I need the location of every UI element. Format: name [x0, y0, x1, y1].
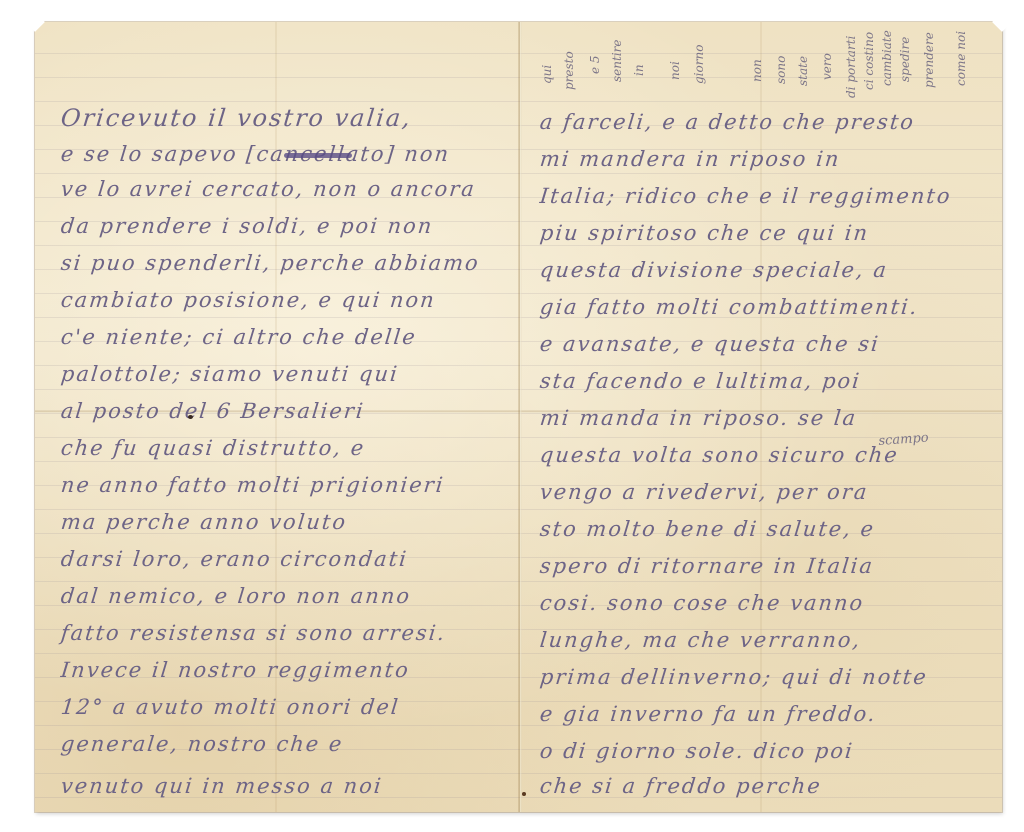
margin-note: sono [774, 56, 788, 84]
text-line: spero di ritornare in Italia [539, 554, 876, 578]
text-line: a farceli, e a detto che presto [539, 110, 917, 134]
text-line: ma perche anno voluto [60, 510, 349, 534]
text-line: cambiato posisione, e qui non [60, 288, 437, 312]
text-line: sto molto bene di salute, e [539, 517, 877, 541]
margin-note: sentire [610, 40, 624, 83]
text-line: e avansate, e questa che si [539, 332, 881, 356]
letter-sheet: Oricevuto il vostro valia, e se lo sapev… [35, 22, 1002, 812]
text-line: mi mandera in riposo in [539, 147, 842, 171]
text-line: ne anno fatto molti prigionieri [60, 473, 446, 497]
margin-note: vero [820, 53, 834, 80]
strikethrough-mark [284, 153, 352, 158]
text-line: venuto qui in messo a noi [60, 774, 384, 798]
text-line: dal nemico, e loro non anno [60, 584, 413, 608]
margin-note: prendere [922, 32, 936, 88]
margin-note: spedire [898, 37, 912, 82]
margin-note: presto [562, 51, 576, 90]
text-line: che si a freddo perche [539, 774, 823, 798]
right-page: qui presto e 5 sentire in noi giorno non… [522, 22, 1002, 812]
text-line: palottole; siamo venuti qui [60, 362, 400, 386]
text-line: e gia inverno fa un freddo. [539, 702, 878, 726]
text-line: piu spiritoso che ce qui in [539, 221, 871, 245]
text-line: si puo spenderli, perche abbiamo [60, 251, 481, 275]
text-line: cosi. sono cose che vanno [539, 591, 866, 615]
text-line: gia fatto molti combattimenti. [539, 295, 920, 319]
margin-note: giorno [692, 45, 706, 84]
margin-note: e 5 [588, 55, 602, 74]
text-line: Italia; ridico che e il reggimento [539, 184, 953, 208]
margin-note: cambiate [880, 30, 894, 86]
text-line: ve lo avrei cercato, non o ancora [60, 177, 477, 201]
text-line: Invece il nostro reggimento [60, 658, 411, 682]
text-line: al posto del 6 Bersalieri [60, 399, 366, 423]
margin-note: come noi [954, 31, 968, 86]
text-line: che fu quasi distrutto, e [60, 436, 367, 460]
margin-note: qui [540, 65, 554, 84]
text-line: e se lo sapevo [cancellato] non [60, 142, 452, 166]
margin-note: in [632, 64, 646, 76]
text-line: Oricevuto il vostro valia, [60, 104, 414, 132]
text-line: fatto resistensa si sono arresi. [60, 621, 448, 645]
text-line: o di giorno sole. dico poi [539, 739, 855, 763]
text-line: da prendere i soldi, e poi non [60, 214, 435, 238]
text-line: darsi loro, erano circondati [60, 547, 409, 571]
left-page: Oricevuto il vostro valia, e se lo sapev… [35, 22, 518, 812]
stain-spot [522, 792, 526, 796]
text-line: 12° a avuto molti onori del [60, 695, 401, 719]
text-line: questa volta sono sicuro che [539, 443, 900, 467]
margin-note: noi [668, 61, 682, 80]
text-line: sta facendo e lultima, poi [539, 369, 863, 393]
text-line: vengo a rivedervi, per ora [539, 480, 870, 504]
ink-spot [188, 415, 193, 419]
margin-note: state [796, 56, 810, 86]
margin-note: ci costino [862, 32, 876, 90]
margin-note: non [750, 59, 764, 82]
text-line: generale, nostro che e [60, 732, 345, 756]
text-line: lunghe, ma che verranno, [539, 628, 863, 652]
text-line: c'e niente; ci altro che delle [60, 325, 418, 349]
text-line: questa divisione speciale, a [539, 258, 890, 282]
text-line: prima dellinverno; qui di notte [539, 665, 929, 689]
margin-note: di portarti [844, 36, 858, 98]
text-line: mi manda in riposo. se la [539, 406, 859, 430]
